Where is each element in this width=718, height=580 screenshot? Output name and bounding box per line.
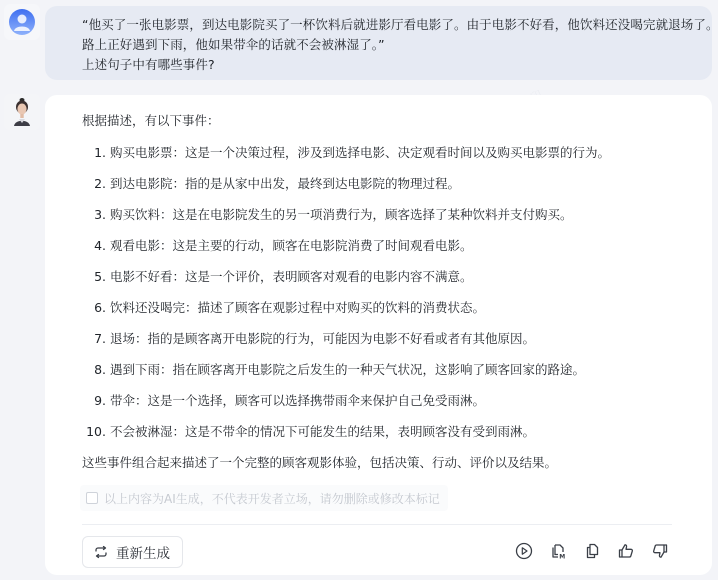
assistant-avatar-icon	[4, 94, 40, 130]
svg-text:M: M	[559, 554, 565, 561]
list-item: 5.电影不好看：这是一个评价，表明顾客对观看的电影内容不满意。	[82, 267, 712, 298]
disclaimer-checkbox[interactable]	[86, 492, 98, 504]
event-list: 1.购买电影票：这是一个决策过程，涉及到选择电影、决定观看时间以及购买电影票的行…	[82, 143, 712, 453]
list-text: 带伞：这是一个选择，顾客可以选择携带雨伞来保护自己免受雨淋。	[110, 391, 485, 422]
footer-divider	[82, 524, 672, 525]
list-number: 5.	[82, 267, 110, 298]
copy-markdown-icon: M	[549, 542, 567, 560]
list-item: 6.饮料还没喝完：描述了顾客在观影过程中对购买的饮料的消费状态。	[82, 298, 712, 329]
play-audio-button[interactable]	[514, 541, 534, 561]
regenerate-label: 重新生成	[116, 542, 170, 562]
list-text: 观看电影：这是主要的行动，顾客在电影院消费了时间观看电影。	[110, 236, 473, 267]
list-text: 购买电影票：这是一个决策过程，涉及到选择电影、决定观看时间以及购买电影票的行为。	[110, 143, 610, 174]
disclaimer-text: 以上内容为AI生成，不代表开发者立场，请勿删除或修改本标记	[104, 490, 440, 507]
assistant-avatar	[4, 94, 40, 130]
user-message-bubble: “他买了一张电影票，到达电影院买了一杯饮料后就进影厅看电影了。由于电影不好看，他…	[45, 6, 712, 80]
copy-markdown-button[interactable]: M	[548, 541, 568, 561]
list-number: 4.	[82, 236, 110, 267]
thumbs-down-icon	[651, 542, 669, 560]
list-number: 2.	[82, 174, 110, 205]
message-actions: M	[514, 541, 670, 561]
copy-button[interactable]	[582, 541, 602, 561]
list-item: 9.带伞：这是一个选择，顾客可以选择携带雨伞来保护自己免受雨淋。	[82, 391, 712, 422]
list-item: 3.购买饮料：这是在电影院发生的另一项消费行为，顾客选择了某种饮料并支付购买。	[82, 205, 712, 236]
user-message-line: “他买了一张电影票，到达电影院买了一杯饮料后就进影厅看电影了。由于电影不好看，他…	[82, 15, 696, 35]
assistant-intro: 根据描述，有以下事件：	[82, 111, 712, 131]
like-button[interactable]	[616, 541, 636, 561]
list-text: 遇到下雨：指在顾客离开电影院之后发生的一种天气状况，这影响了顾客回家的路途。	[110, 360, 585, 391]
list-item: 1.购买电影票：这是一个决策过程，涉及到选择电影、决定观看时间以及购买电影票的行…	[82, 143, 712, 174]
list-item: 8.遇到下雨：指在顾客离开电影院之后发生的一种天气状况，这影响了顾客回家的路途。	[82, 360, 712, 391]
assistant-message-card: 根据描述，有以下事件： 1.购买电影票：这是一个决策过程，涉及到选择电影、决定观…	[45, 95, 712, 575]
list-number: 7.	[82, 329, 110, 360]
list-number: 1.	[82, 143, 110, 174]
user-message-line: 上述句子中有哪些事件?	[82, 55, 696, 75]
copy-icon	[583, 542, 601, 560]
user-message-line: 路上正好遇到下雨，他如果带伞的话就不会被淋湿了。”	[82, 35, 696, 55]
list-item: 2.到达电影院：指的是从家中出发，最终到达电影院的物理过程。	[82, 174, 712, 205]
user-avatar-icon	[4, 4, 40, 40]
list-text: 退场：指的是顾客离开电影院的行为，可能因为电影不好看或者有其他原因。	[110, 329, 535, 360]
list-number: 9.	[82, 391, 110, 422]
list-number: 10.	[82, 422, 110, 453]
list-item: 10.不会被淋湿：这是不带伞的情况下可能发生的结果，表明顾客没有受到雨淋。	[82, 422, 712, 453]
list-text: 饮料还没喝完：描述了顾客在观影过程中对购买的饮料的消费状态。	[110, 298, 485, 329]
assistant-summary: 这些事件组合起来描述了一个完整的顾客观影体验，包括决策、行动、评价以及结果。	[82, 453, 712, 473]
list-number: 8.	[82, 360, 110, 391]
list-item: 4.观看电影：这是主要的行动，顾客在电影院消费了时间观看电影。	[82, 236, 712, 267]
list-number: 3.	[82, 205, 110, 236]
dislike-button[interactable]	[650, 541, 670, 561]
list-number: 6.	[82, 298, 110, 329]
regenerate-button[interactable]: 重新生成	[82, 536, 183, 568]
refresh-icon	[93, 544, 109, 560]
list-text: 购买饮料：这是在电影院发生的另一项消费行为，顾客选择了某种饮料并支付购买。	[110, 205, 573, 236]
ai-generated-disclaimer: 以上内容为AI生成，不代表开发者立场，请勿删除或修改本标记	[80, 485, 448, 511]
list-item: 7.退场：指的是顾客离开电影院的行为，可能因为电影不好看或者有其他原因。	[82, 329, 712, 360]
play-circle-icon	[515, 542, 533, 560]
thumbs-up-icon	[617, 542, 635, 560]
list-text: 到达电影院：指的是从家中出发，最终到达电影院的物理过程。	[110, 174, 460, 205]
list-text: 不会被淋湿：这是不带伞的情况下可能发生的结果，表明顾客没有受到雨淋。	[110, 422, 535, 453]
chat-page: 水印 水印 “他买了一张电影票，到达电影院买了一杯饮料后就进影厅看电影了。由于电…	[0, 0, 718, 580]
user-avatar	[4, 4, 40, 40]
list-text: 电影不好看：这是一个评价，表明顾客对观看的电影内容不满意。	[110, 267, 473, 298]
